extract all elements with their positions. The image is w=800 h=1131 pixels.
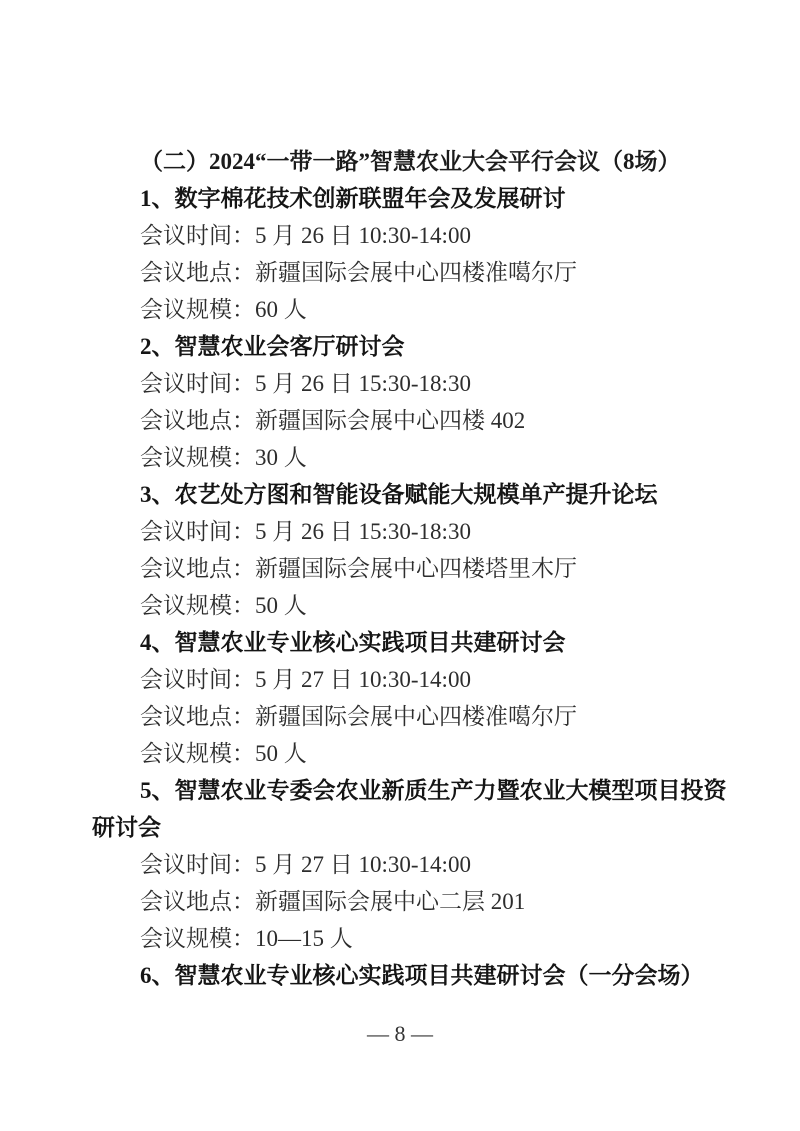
meeting-detail: 会议时间：5 月 26 日 15:30-18:30 xyxy=(92,513,717,550)
meeting-title: 5、智慧农业专委会农业新质生产力暨农业大模型项目投资 xyxy=(92,772,717,809)
meeting-list: 1、数字棉花技术创新联盟年会及发展研讨会议时间：5 月 26 日 10:30-1… xyxy=(92,180,717,994)
document-page: （二）2024“一带一路”智慧农业大会平行会议（8场） 1、数字棉花技术创新联盟… xyxy=(0,0,800,1131)
meeting-detail: 会议规模：60 人 xyxy=(92,291,717,328)
meeting-detail: 会议地点：新疆国际会展中心四楼准噶尔厅 xyxy=(92,254,717,291)
meeting-detail: 会议时间：5 月 27 日 10:30-14:00 xyxy=(92,661,717,698)
meeting-title: 2、智慧农业会客厅研讨会 xyxy=(92,328,717,365)
meeting-detail: 会议规模：50 人 xyxy=(92,735,717,772)
meeting-title: 4、智慧农业专业核心实践项目共建研讨会 xyxy=(92,624,717,661)
meeting-detail: 会议地点：新疆国际会展中心四楼塔里木厅 xyxy=(92,550,717,587)
meeting-detail: 会议地点：新疆国际会展中心二层 201 xyxy=(92,883,717,920)
meeting-detail: 会议规模：50 人 xyxy=(92,587,717,624)
meeting-detail: 会议规模：10—15 人 xyxy=(92,920,717,957)
page-number: — 8 — xyxy=(0,1015,800,1052)
meeting-title: 3、农艺处方图和智能设备赋能大规模单产提升论坛 xyxy=(92,476,717,513)
meeting-detail: 会议时间：5 月 26 日 15:30-18:30 xyxy=(92,365,717,402)
section-heading: （二）2024“一带一路”智慧农业大会平行会议（8场） xyxy=(92,143,717,180)
meeting-detail: 会议时间：5 月 26 日 10:30-14:00 xyxy=(92,217,717,254)
document-content: （二）2024“一带一路”智慧农业大会平行会议（8场） 1、数字棉花技术创新联盟… xyxy=(92,143,717,994)
meeting-title: 6、智慧农业专业核心实践项目共建研讨会（一分会场） xyxy=(92,957,717,994)
meeting-detail: 会议规模：30 人 xyxy=(92,439,717,476)
meeting-detail: 会议时间：5 月 27 日 10:30-14:00 xyxy=(92,846,717,883)
meeting-title: 1、数字棉花技术创新联盟年会及发展研讨 xyxy=(92,180,717,217)
meeting-detail: 会议地点：新疆国际会展中心四楼 402 xyxy=(92,402,717,439)
meeting-detail: 会议地点：新疆国际会展中心四楼准噶尔厅 xyxy=(92,698,717,735)
meeting-title-continuation: 研讨会 xyxy=(92,809,717,846)
